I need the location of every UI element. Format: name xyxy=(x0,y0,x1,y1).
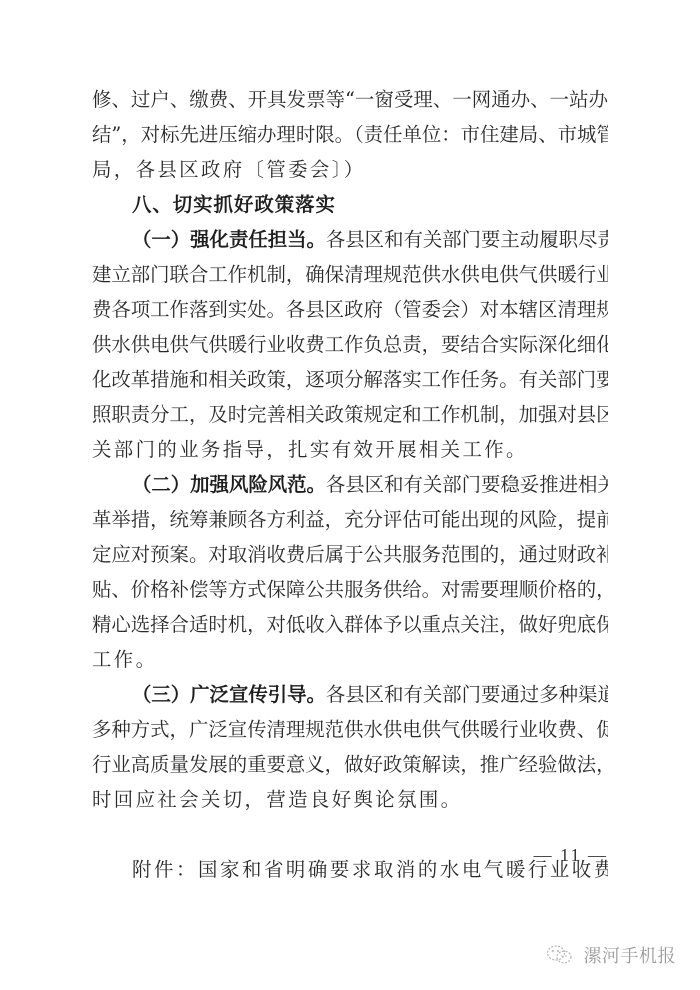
subsection-2-label: （二）加强风险风范。 xyxy=(132,473,326,496)
paragraph-line: 局，各县区政府〔管委会〕） xyxy=(92,152,608,187)
paragraph-line: 精心选择合适时机，对低收入群体予以重点关注，做好兜底保障 xyxy=(92,607,608,642)
paragraph-line: 工作。 xyxy=(92,642,608,677)
subsection-3-text: 各县区和有关部门要通过多种渠道、 xyxy=(326,683,608,706)
paragraph-line: 关部门的业务指导，扎实有效开展相关工作。 xyxy=(92,432,608,467)
paragraph-line: 供水供电供气供暖行业收费工作负总责，要结合实际深化细化实 xyxy=(92,327,608,362)
watermark: 漯河手机报 xyxy=(546,942,677,968)
paragraph-line: 建立部门联合工作机制，确保清理规范供水供电供气供暖行业收 xyxy=(92,257,608,292)
paragraph-line: 革举措，统筹兼顾各方利益，充分评估可能出现的风险，提前制 xyxy=(92,502,608,537)
paragraph-line: 定应对预案。对取消收费后属于公共服务范围的，通过财政补 xyxy=(92,537,608,572)
wechat-icon xyxy=(546,944,574,966)
page-number: — 11 — xyxy=(92,845,608,866)
subsection-1-label: （一）强化责任担当。 xyxy=(132,228,326,251)
paragraph-line: 贴、价格补偿等方式保障公共服务供给。对需要理顺价格的，要 xyxy=(92,572,608,607)
subsection-3-first-line: （三）广泛宣传引导。各县区和有关部门要通过多种渠道、 xyxy=(92,677,608,712)
section-heading: 八、切实抓好政策落实 xyxy=(92,187,608,222)
watermark-text: 漯河手机报 xyxy=(584,942,677,968)
paragraph-line: 修、过户、缴费、开具发票等“一窗受理、一网通办、一站办 xyxy=(92,82,608,117)
paragraph-line: 结”，对标先进压缩办理时限。（责任单位：市住建局、市城管 xyxy=(92,117,608,152)
subsection-2-first-line: （二）加强风险风范。各县区和有关部门要稳妥推进相关改 xyxy=(92,467,608,502)
paragraph-line: 多种方式，广泛宣传清理规范供水供电供气供暖行业收费、促进 xyxy=(92,712,608,747)
subsection-3-label: （三）广泛宣传引导。 xyxy=(132,683,326,706)
subsection-2-text: 各县区和有关部门要稳妥推进相关改 xyxy=(326,473,608,496)
paragraph-line: 行业高质量发展的重要意义，做好政策解读，推广经验做法，及 xyxy=(92,747,608,782)
paragraph-line: 时回应社会关切，营造良好舆论氛围。 xyxy=(92,782,608,817)
paragraph-line: 照职责分工，及时完善相关政策规定和工作机制，加强对县区相 xyxy=(92,397,608,432)
document-page: 修、过户、缴费、开具发票等“一窗受理、一网通办、一站办 结”，对标先进压缩办理时… xyxy=(92,82,608,887)
paragraph-line: 化改革措施和相关政策，逐项分解落实工作任务。有关部门要按 xyxy=(92,362,608,397)
subsection-1-first-line: （一）强化责任担当。各县区和有关部门要主动履职尽责， xyxy=(92,222,608,257)
subsection-1-text: 各县区和有关部门要主动履职尽责， xyxy=(326,228,608,251)
paragraph-line: 费各项工作落到实处。各县区政府（管委会）对本辖区清理规范 xyxy=(92,292,608,327)
